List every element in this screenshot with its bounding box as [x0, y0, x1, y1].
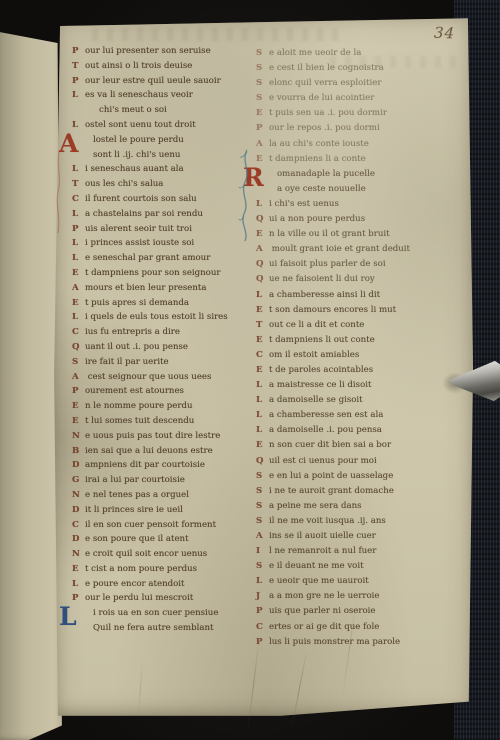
manuscript-line: Selonc quil verra esploitier	[256, 76, 440, 91]
manuscript-line: Cil en son cuer pensoit forment	[72, 518, 252, 533]
text-column-right: Se aloit me ueoir de laSe cest il bien l…	[256, 46, 440, 650]
manuscript-line: Quant il out .i. pou pense	[72, 340, 252, 355]
manuscript-line: Se en lui a point de uasselage	[256, 469, 440, 484]
manuscript-line: sont li .ij. chi's uenu	[72, 148, 252, 163]
manuscript-line: En la ville ou il ot grant bruit	[256, 227, 440, 242]
manuscript-line: i rois ua en son cuer pensiue	[72, 606, 252, 621]
manuscript-line: A moult grant ioie et grant deduit	[256, 242, 440, 257]
folio-number: 34	[434, 24, 456, 43]
manuscript-line: A cest seignour que uous uees	[72, 370, 252, 385]
manuscript-line: Ne croit quil soit encor uenus	[72, 547, 252, 562]
manuscript-line: La damoiselle se gisoit	[256, 393, 440, 408]
manuscript-line: Se aloit me ueoir de la	[256, 46, 440, 61]
manuscript-line: Et son damours encores li mut	[256, 303, 440, 318]
manuscript-line: Et dampniens li out conte	[256, 333, 440, 348]
manuscript-line: Les va li seneschaus veoir	[72, 88, 252, 103]
manuscript-line: Ala au chi's conte iouste	[256, 137, 440, 152]
manuscript-line: En son cuer dit bien sai a bor	[256, 438, 440, 453]
manuscript-line: Pour le perdu lui mescroit	[72, 591, 252, 606]
manuscript-line: omanadaple la pucelle	[256, 167, 440, 182]
manuscript-line: Que ne faisoient li dui roy	[256, 272, 440, 287]
manuscript-line: Se il deuant ne me voit	[256, 559, 440, 574]
manuscript-line: Li quels de euls tous estoit li sires	[72, 310, 252, 325]
manuscript-line: Pour leur estre quil ueule sauoir	[72, 74, 252, 89]
manuscript-line: Le ueoir que me uauroit	[256, 574, 440, 589]
manuscript-line: Et lui somes tuit descendu	[72, 414, 252, 429]
manuscript-line: De son poure que il atent	[72, 532, 252, 547]
manuscript-line: Li chi's est uenus	[256, 197, 440, 212]
manuscript-line: lostel le poure perdu	[72, 133, 252, 148]
manuscript-line: Dampniens dit par courtoisie	[72, 458, 252, 473]
manuscript-line: Puis que parler ni oseroie	[256, 604, 440, 619]
manuscript-line: Et puis sen ua .i. pou dormir	[256, 106, 440, 121]
manuscript-line: Qui a non poure perdus	[256, 212, 440, 227]
manuscript-line: Com il estoit amiables	[256, 348, 440, 363]
manuscript-line: chi's meut o soi	[72, 103, 252, 118]
manuscript-photo: 34 Pour lui presenter son seruiseTout ai…	[0, 0, 500, 740]
manuscript-line: Se cest il bien le cognoistra	[256, 61, 440, 76]
manuscript-line: Pour lui presenter son seruise	[72, 44, 252, 59]
manuscript-line: Et cist a nom poure perdus	[72, 562, 252, 577]
manuscript-line: Le seneschal par grant amour	[72, 251, 252, 266]
manuscript-line: Si ne te auroit grant domache	[256, 484, 440, 499]
manuscript-line: Sire fait il par uerite	[72, 355, 252, 370]
manuscript-line: Puis alerent seoir tuit troi	[72, 222, 252, 237]
manuscript-line: Et dampniens pour son seignour	[72, 266, 252, 281]
manuscript-line: Dit li princes sire ie ueil	[72, 503, 252, 518]
manuscript-line: Le poure encor atendoit	[72, 577, 252, 592]
manuscript-line: Et dampniens li a conte	[256, 152, 440, 167]
manuscript-line: La maistresse ce li disoit	[256, 378, 440, 393]
drop-cap-initial-L: L	[59, 604, 77, 629]
manuscript-line: Quil ne fera autre semblant	[72, 621, 252, 636]
manuscript-line: Ja a mon gre ne le uerroie	[256, 589, 440, 604]
manuscript-line: Ne nel tenes pas a orguel	[72, 488, 252, 503]
manuscript-line: Tous les chi's salua	[72, 177, 252, 192]
manuscript-line: Qui faisoit plus parler de soi	[256, 257, 440, 272]
manuscript-line: Amours et bien leur presenta	[72, 281, 252, 296]
text-column-left: Pour lui presenter son seruiseTout ainsi…	[72, 44, 252, 636]
manuscript-line: Sa peine me sera dans	[256, 499, 440, 514]
manuscript-line: La chastelains par soi rendu	[72, 207, 252, 222]
manuscript-line: En le nomme poure perdu	[72, 399, 252, 414]
manuscript-line: Girai a lui par courtoisie	[72, 473, 252, 488]
manuscript-line: Lostel sont uenu tout droit	[72, 118, 252, 133]
manuscript-line: Tout ce li a dit et conte	[256, 318, 440, 333]
manuscript-line: Certes or ai ge dit que fole	[256, 620, 440, 635]
manuscript-line: Ains se il auoit uielle cuer	[256, 529, 440, 544]
manuscript-line: La damoiselle .i. pou pensa	[256, 423, 440, 438]
manuscript-line: Pour le repos .i. pou dormi	[256, 121, 440, 136]
manuscript-line: a oye ceste nouuelle	[256, 182, 440, 197]
manuscript-line: Li princes assist iouste soi	[72, 236, 252, 251]
manuscript-line: Quil est ci uenus pour moi	[256, 454, 440, 469]
manuscript-line: Sil ne me voit iusqua .ij. ans	[256, 514, 440, 529]
manuscript-line: Ne uous puis pas tout dire lestre	[72, 429, 252, 444]
manuscript-line: Se vourra de lui acointier	[256, 91, 440, 106]
penwork-flourish-icon	[238, 148, 254, 243]
manuscript-line: Il ne remanroit a nul fuer	[256, 544, 440, 559]
marginal-penwork-icon	[54, 150, 64, 235]
manuscript-line: Bien sai que a lui deuons estre	[72, 444, 252, 459]
manuscript-line: Pourement est atournes	[72, 384, 252, 399]
manuscript-line: La chamberesse sen est ala	[256, 408, 440, 423]
manuscript-line: Et puis apres si demanda	[72, 296, 252, 311]
manuscript-line: Et de paroles acointables	[256, 363, 440, 378]
manuscript-line: Li seneschaus auant ala	[72, 162, 252, 177]
manuscript-line: Tout ainsi o li trois deuise	[72, 59, 252, 74]
manuscript-line: La chamberesse ainsi li dit	[256, 288, 440, 303]
manuscript-line: Cil furent courtois son salu	[72, 192, 252, 207]
manuscript-line: Cius fu entrepris a dire	[72, 325, 252, 340]
